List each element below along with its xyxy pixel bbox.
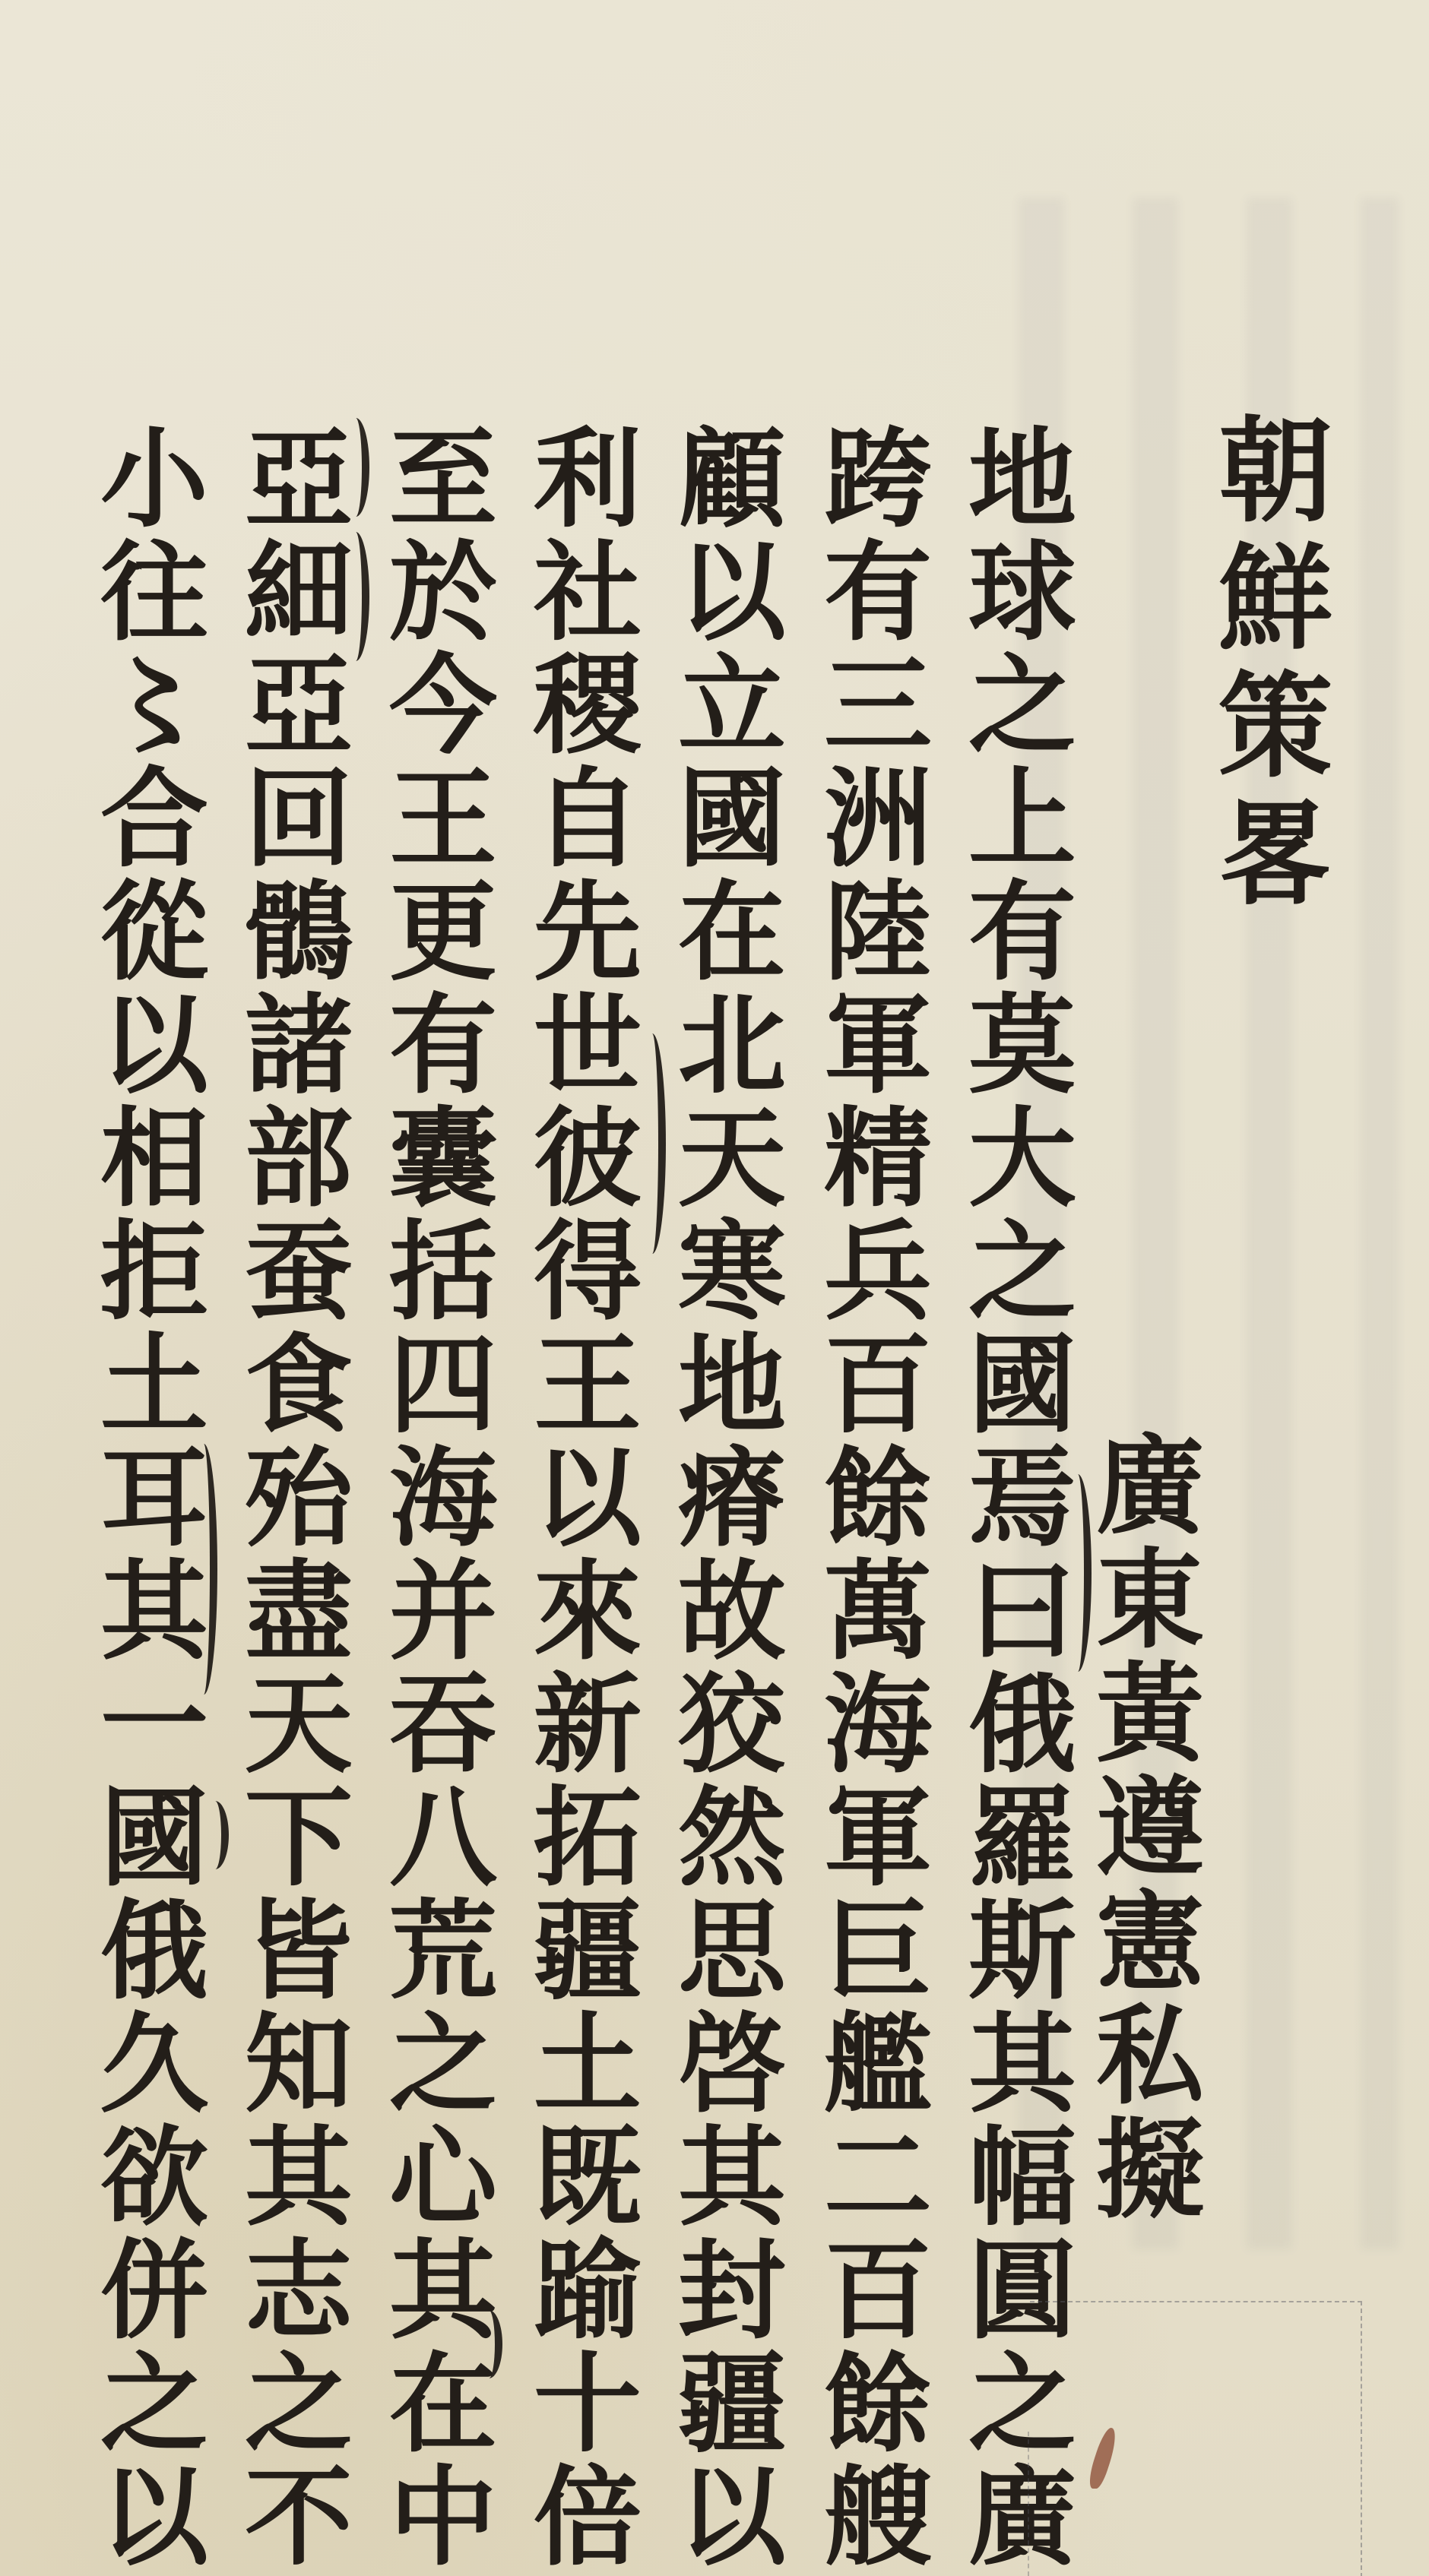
name-mark-peter — [638, 1033, 666, 1254]
name-mark-russia-2 — [201, 1801, 229, 1869]
author-line: 廣東黃遵憲私擬 — [1087, 1429, 1195, 2226]
name-mark-russia — [1064, 1474, 1092, 1672]
text-column-2: 跨有三洲陸軍精兵百餘萬海軍巨艦二百餘艘 — [815, 422, 923, 2573]
page-frame-edge — [1028, 2432, 1029, 2576]
name-mark-asia-1 — [342, 418, 369, 517]
name-mark-turkey — [190, 1444, 217, 1695]
text-column-4: 利社稷自先世彼得王以來新拓疆土既踰十倍 — [524, 422, 632, 2573]
text-column-6: 亞細亞回鶻諸部蚕食殆盡天下皆知其志之不 — [236, 422, 344, 2573]
document-title: 朝鮮策畧 — [1209, 410, 1323, 921]
text-column-7: 小往〻合從以相拒土耳其一國俄久欲併之以 — [91, 422, 199, 2573]
name-mark-zhong — [475, 2310, 502, 2378]
page-frame-corner — [1030, 2301, 1362, 2576]
text-column-5: 至於今王更有囊括四海并吞八荒之心其在中 — [380, 422, 488, 2573]
text-column-1: 地球之上有莫大之國焉曰俄羅斯其幅圓之廣 — [959, 422, 1067, 2573]
text-column-3: 顧以立國在北天寒地瘠故狡然思啓其封疆以 — [669, 422, 777, 2573]
document-page: 朝鮮策畧 廣東黃遵憲私擬 地球之上有莫大之國焉曰俄羅斯其幅圓之廣 跨有三洲陸軍精… — [0, 0, 1429, 2576]
name-mark-asia-2 — [342, 532, 369, 661]
